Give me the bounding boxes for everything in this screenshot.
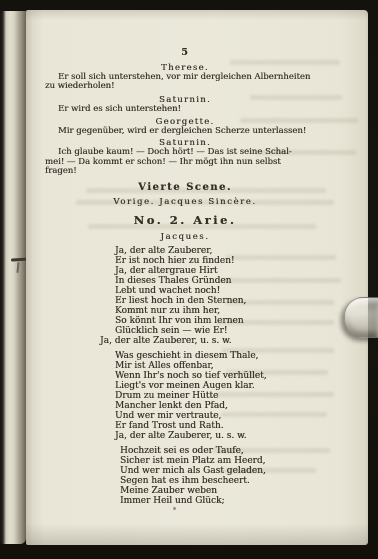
verse-line: Ja, der altergraue Hirt	[115, 266, 325, 276]
verse-line: Hochzeit sei es oder Taufe,	[120, 446, 325, 456]
verse-line: So könnt Ihr von ihm lernen	[115, 316, 325, 326]
verse-line: Mancher lenkt den Pfad,	[115, 401, 325, 411]
verse-line: Kommt nur zu ihm her,	[115, 306, 325, 316]
verse-line: Lebt und wachet noch!	[115, 286, 325, 296]
dialogue-paragraph: Ich glaube kaum! — Doch hört! — Das ist …	[45, 148, 325, 176]
verse-line: Drum zu meiner Hütte	[115, 391, 325, 401]
verse-line: Segen hat es ihm bescheert.	[120, 476, 325, 486]
verse-line: Wenn Ihr's noch so tief verhüllet,	[115, 371, 325, 381]
page-holder-clip	[344, 297, 378, 338]
verse-line: Er ist noch hier zu finden!	[115, 256, 325, 266]
dialogue-paragraph: Er wird es sich unterstehen!	[45, 105, 325, 114]
verse-line: Er fand Trost und Rath.	[115, 421, 325, 431]
dialogue-line: zu wiederholen!	[45, 82, 325, 91]
dialogue-line: Er wird es sich unterstehen!	[45, 105, 325, 114]
verse-line: Liegt's vor meinen Augen klar.	[115, 381, 325, 391]
verse-line: Was geschieht in diesem Thale,	[115, 351, 325, 361]
dialogue-line: mei! — Da kommt er schon! — Ihr mögt ihn…	[45, 158, 325, 167]
aria-stanza-1: Ja, der alte Zauberer,Er ist noch hier z…	[115, 246, 325, 336]
scene-heading: Vierte Scene.	[45, 182, 325, 193]
page-text-column: 5 Therese. Er soll sich unterstehen, vor…	[45, 10, 325, 506]
dialogue-paragraph: Er soll sich unterstehen, vor mir dergle…	[45, 73, 325, 92]
photographed-book-scene: 5 Therese. Er soll sich unterstehen, vor…	[0, 0, 378, 559]
verse-line: Immer Heil und Glück;	[120, 496, 325, 506]
aria-stanza-2: Was geschieht in diesem Thale,Mir ist Al…	[115, 351, 325, 441]
page-number: 5	[45, 47, 325, 58]
dialogue-paragraph: Mir gegenüber, wird er dergleichen Scher…	[45, 127, 325, 136]
verse-line: Und wer mich als Gast geladen,	[120, 466, 325, 476]
singer-name-jacques: Jacques.	[45, 232, 325, 242]
verse-line: Sicher ist mein Platz am Heerd,	[120, 456, 325, 466]
aria-stanza-3: Hochzeit sei es oder Taufe,Sicher ist me…	[120, 446, 325, 506]
book-page: 5 Therese. Er soll sich unterstehen, vor…	[26, 10, 368, 545]
verse-line: Ja, der alte Zauberer,	[115, 246, 325, 256]
verse-line: Und wer mir vertraute,	[115, 411, 325, 421]
book-spine-page-edges	[0, 11, 26, 544]
dialogue-line: Mir gegenüber, wird er dergleichen Scher…	[45, 127, 325, 136]
foxing-speck	[173, 507, 176, 510]
verse-line: Ja, der alte Zauberer, u. s. w.	[115, 431, 325, 441]
dialogue-line: fragen!	[45, 167, 325, 176]
verse-line: Mir ist Alles offenbar,	[115, 361, 325, 371]
aria-number-heading: No. 2. Arie.	[45, 213, 325, 227]
verse-line: In dieses Thales Gründen	[115, 276, 325, 286]
scene-cast-list: Vorige. Jacques Sincère.	[45, 197, 325, 207]
verse-line: Er liest hoch in den Sternen,	[115, 296, 325, 306]
verse-line: Meine Zauber weben	[120, 486, 325, 496]
verse-line: Glücklich sein — wie Er!	[115, 326, 325, 336]
refrain-line: Ja, der alte Zauberer, u. s. w.	[100, 336, 325, 346]
